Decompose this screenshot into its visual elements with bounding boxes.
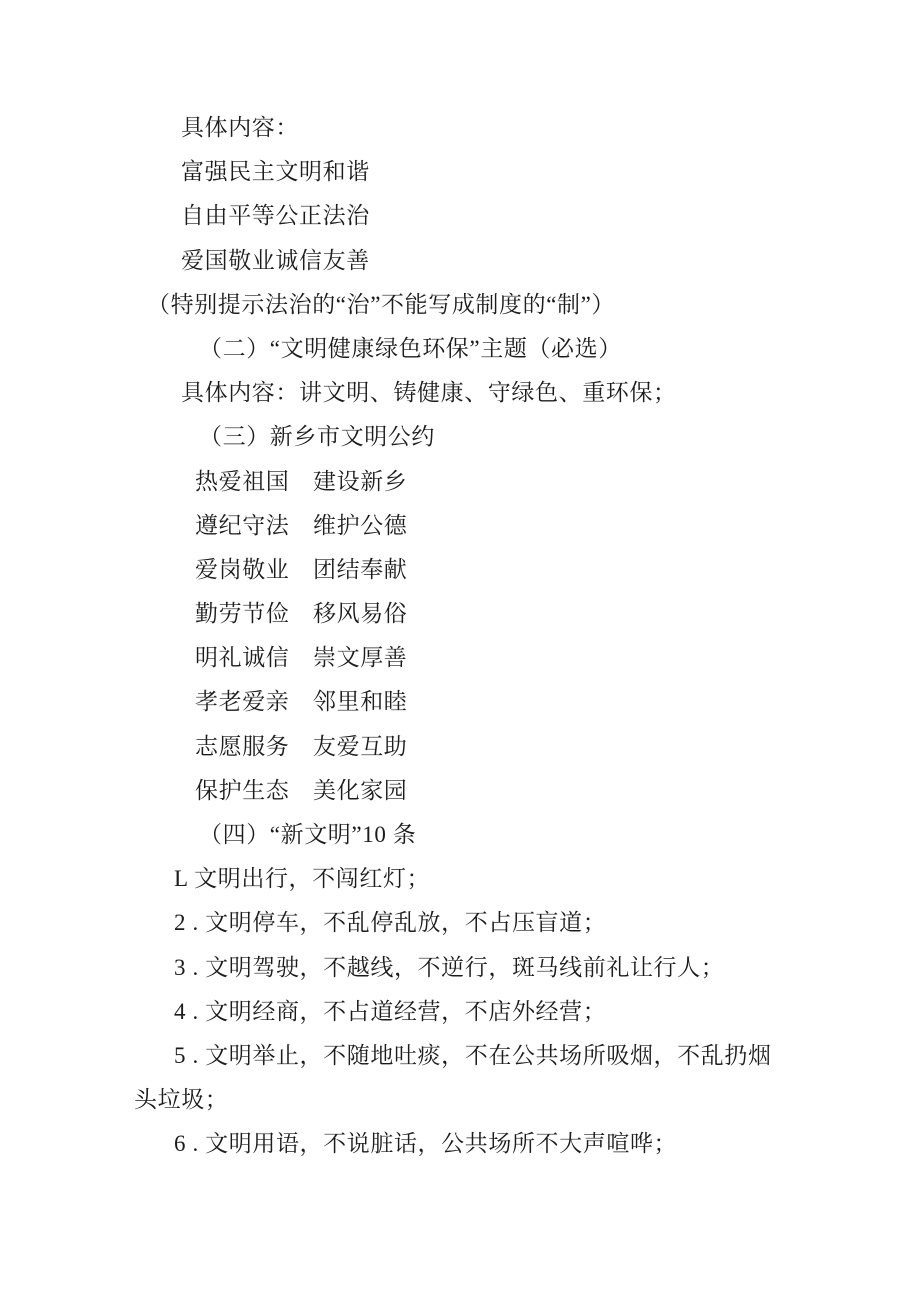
text-line: 3 . 文明驾驶，不越线，不逆行，斑马线前礼让行人； xyxy=(134,946,794,990)
text-line: （二）“文明健康绿色环保”主题（必选） xyxy=(134,327,794,371)
text-line: 热爱祖国 建设新乡 xyxy=(134,460,794,504)
text-line: 具体内容： xyxy=(134,106,794,150)
text-line: 勤劳节俭 移风易俗 xyxy=(134,592,794,636)
text-line: 爱岗敬业 团结奉献 xyxy=(134,548,794,592)
text-line: 遵纪守法 维护公德 xyxy=(134,504,794,548)
text-line: （三）新乡市文明公约 xyxy=(134,415,794,459)
text-line: 头垃圾； xyxy=(134,1078,794,1122)
document-page: 具体内容：富强民主文明和谐自由平等公正法治爱国敬业诚信友善（特别提示法治的“治”… xyxy=(0,0,920,1301)
text-line: 富强民主文明和谐 xyxy=(134,150,794,194)
text-line: 孝老爱亲 邻里和睦 xyxy=(134,680,794,724)
text-line: 爱国敬业诚信友善 xyxy=(134,239,794,283)
text-line: 保护生态 美化家园 xyxy=(134,769,794,813)
text-line: 2 . 文明停车，不乱停乱放，不占压盲道； xyxy=(134,901,794,945)
text-line: 6 . 文明用语，不说脏话，公共场所不大声喧哗； xyxy=(134,1122,794,1166)
text-line: （特别提示法治的“治”不能写成制度的“制”） xyxy=(134,283,794,327)
text-line: 志愿服务 友爱互助 xyxy=(134,725,794,769)
text-line: 4 . 文明经商，不占道经营，不店外经营； xyxy=(134,990,794,1034)
text-line: L 文明出行，不闯红灯； xyxy=(134,857,794,901)
document-body: 具体内容：富强民主文明和谐自由平等公正法治爱国敬业诚信友善（特别提示法治的“治”… xyxy=(134,106,794,1167)
text-line: （四）“新文明”10 条 xyxy=(134,813,794,857)
text-line: 具体内容：讲文明、铸健康、守绿色、重环保； xyxy=(134,371,794,415)
text-line: 5 . 文明举止，不随地吐痰，不在公共场所吸烟，不乱扔烟 xyxy=(134,1034,794,1078)
text-line: 明礼诚信 崇文厚善 xyxy=(134,636,794,680)
text-line: 自由平等公正法治 xyxy=(134,194,794,238)
